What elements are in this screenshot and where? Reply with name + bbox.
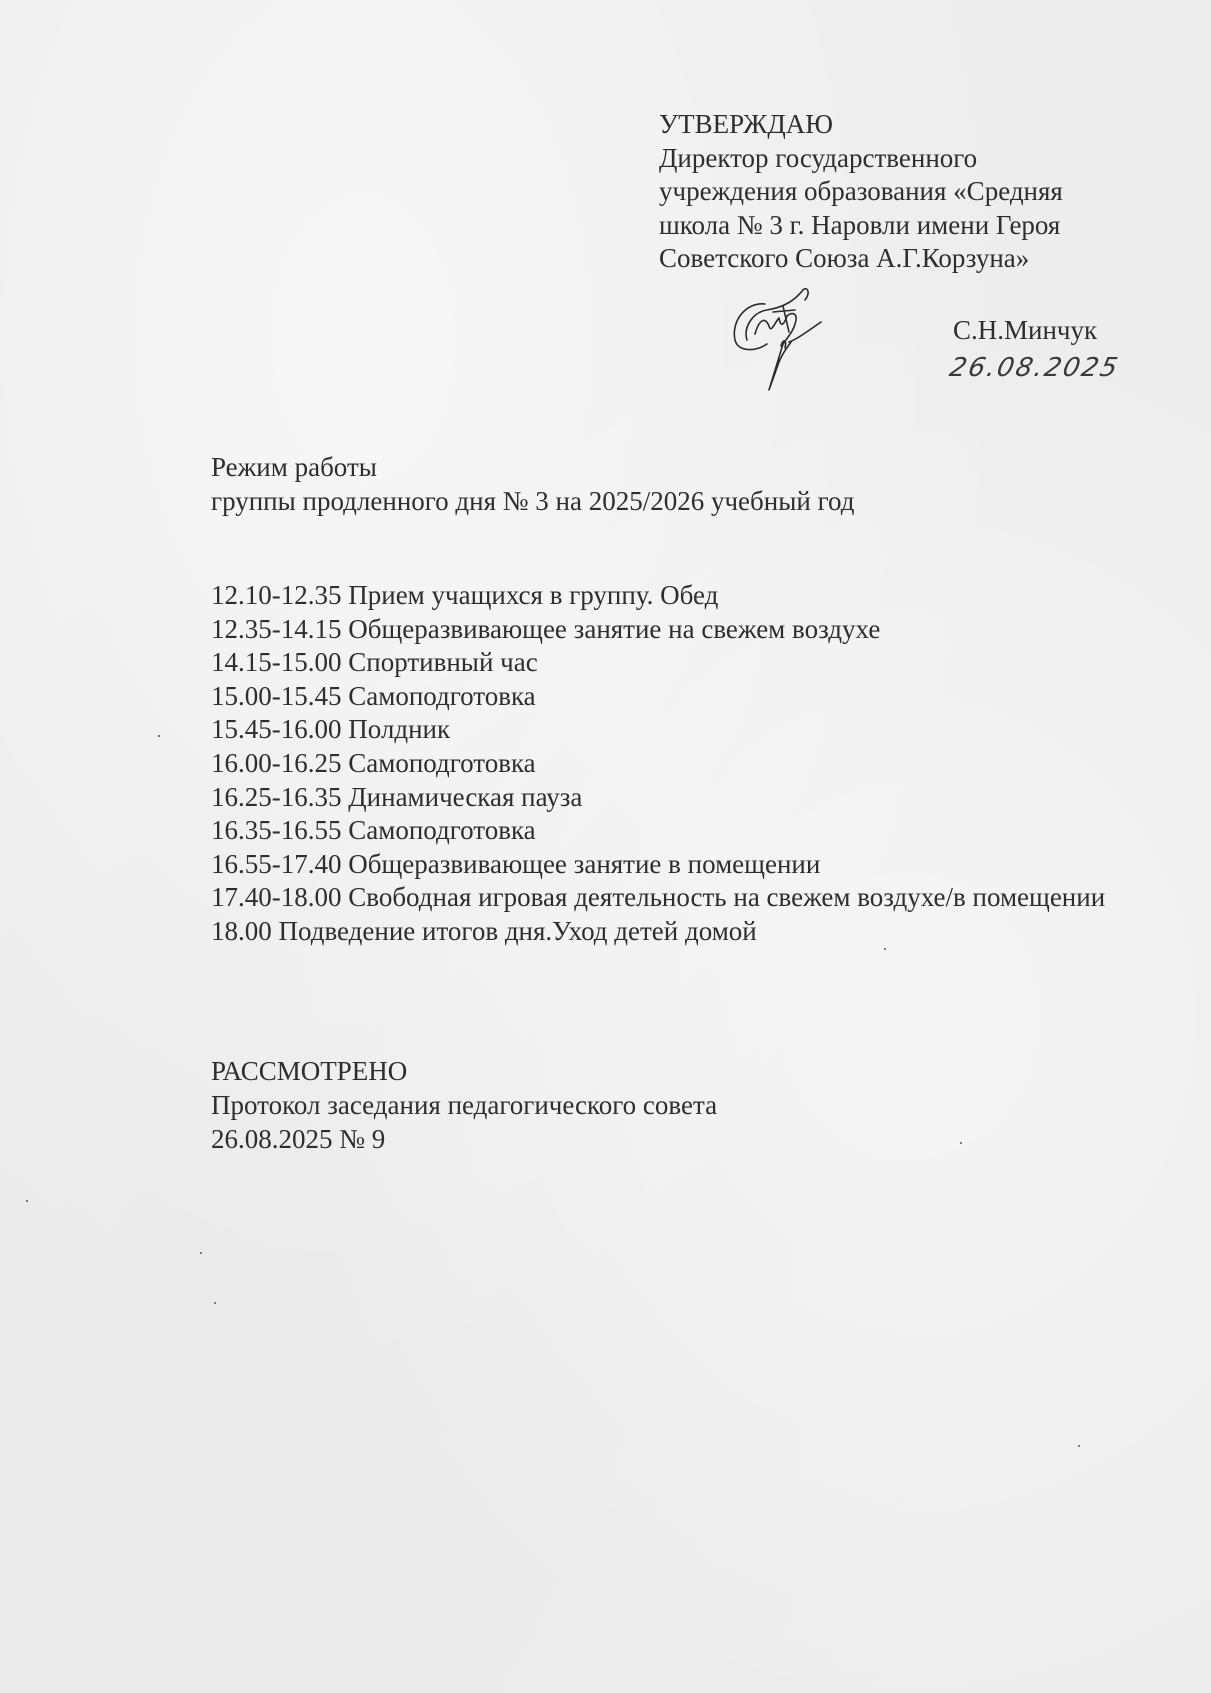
approval-block: УТВЕРЖДАЮ Директор государственного учре… xyxy=(659,108,1063,276)
approval-line: Советского Союза А.Г.Корзуна» xyxy=(659,242,1063,276)
title-line-1: Режим работы xyxy=(211,450,854,484)
scan-speck xyxy=(26,1200,28,1202)
schedule-item: 15.00-15.45 Самоподготовка xyxy=(211,680,1118,714)
schedule-list: 12.10-12.35 Прием учащихся в группу. Обе… xyxy=(211,579,1118,949)
approval-line: Директор государственного xyxy=(659,142,1063,176)
schedule-item: 16.25-16.35 Динамическая пауза xyxy=(211,781,1118,815)
scan-speck xyxy=(158,735,160,737)
approval-line: школа № 3 г. Наровли имени Героя xyxy=(659,209,1063,243)
review-heading: РАССМОТРЕНО xyxy=(211,1054,717,1088)
schedule-item: 18.00 Подведение итогов дня.Уход детей д… xyxy=(211,915,1118,949)
scanned-page: УТВЕРЖДАЮ Директор государственного учре… xyxy=(0,0,1211,1693)
document-title: Режим работы группы продленного дня № 3 … xyxy=(211,450,854,518)
review-block: РАССМОТРЕНО Протокол заседания педагогич… xyxy=(211,1054,717,1156)
scan-speck xyxy=(1078,1445,1080,1447)
scan-speck xyxy=(214,1302,216,1304)
review-protocol: Протокол заседания педагогического совет… xyxy=(211,1088,717,1122)
review-date-number: 26.08.2025 № 9 xyxy=(211,1122,717,1156)
title-line-2: группы продленного дня № 3 на 2025/2026 … xyxy=(211,484,854,518)
scan-speck xyxy=(200,1252,202,1254)
scan-speck xyxy=(960,1142,962,1144)
scan-speck xyxy=(884,948,886,950)
schedule-item: 16.00-16.25 Самоподготовка xyxy=(211,747,1118,781)
schedule-item: 12.35-14.15 Общеразвивающее занятие на с… xyxy=(211,613,1118,647)
approval-line: учреждения образования «Средняя xyxy=(659,175,1063,209)
schedule-item: 16.55-17.40 Общеразвивающее занятие в по… xyxy=(211,848,1118,882)
signature-icon xyxy=(725,282,845,397)
schedule-item: 14.15-15.00 Спортивный час xyxy=(211,646,1118,680)
schedule-item: 17.40-18.00 Свободная игровая деятельнос… xyxy=(211,881,1118,915)
signer-name: С.Н.Минчук xyxy=(953,315,1097,346)
schedule-item: 12.10-12.35 Прием учащихся в группу. Обе… xyxy=(211,579,1118,613)
handwritten-date: 26.08.2025 xyxy=(947,353,1122,383)
approval-heading: УТВЕРЖДАЮ xyxy=(659,108,1063,142)
schedule-item: 15.45-16.00 Полдник xyxy=(211,713,1118,747)
schedule-item: 16.35-16.55 Самоподготовка xyxy=(211,814,1118,848)
